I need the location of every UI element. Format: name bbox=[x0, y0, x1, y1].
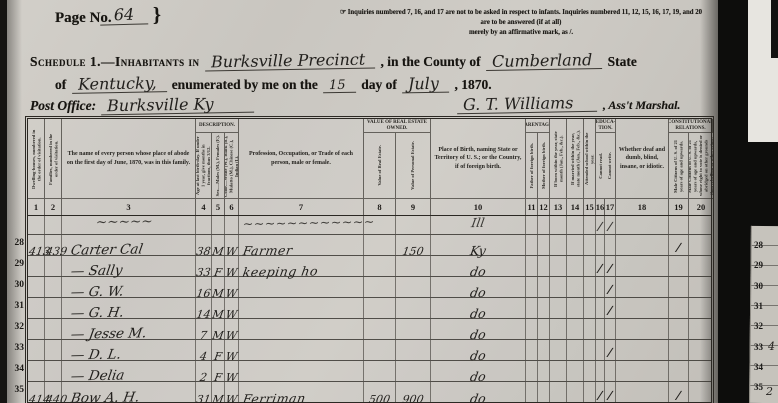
cell-t20 bbox=[689, 256, 713, 276]
cell-personal bbox=[396, 216, 431, 234]
cell-t11 bbox=[526, 382, 538, 403]
month-handwritten: July bbox=[402, 76, 449, 94]
year-suffix: , 1870. bbox=[454, 77, 491, 92]
cell-color: W bbox=[225, 277, 239, 297]
cell-name: — G. H. bbox=[62, 298, 196, 318]
cell-real bbox=[364, 216, 396, 234]
cell-t16 bbox=[596, 361, 605, 381]
dayof-label: day of bbox=[361, 77, 397, 92]
cell-t12 bbox=[538, 298, 550, 318]
cell-real bbox=[364, 277, 396, 297]
table-row: — G. W.16MWdo/ bbox=[28, 277, 711, 298]
handwritten-occupation: ~~~~~~~~~~~~ bbox=[242, 214, 376, 231]
col-number-11: 11 bbox=[526, 199, 538, 215]
cell-t19: / bbox=[669, 382, 689, 403]
cell-real bbox=[364, 298, 396, 318]
cell-t14 bbox=[567, 216, 584, 234]
cell-t19 bbox=[669, 361, 689, 381]
adjacent-line-number: 31 bbox=[754, 301, 774, 311]
cell-t20 bbox=[689, 277, 713, 297]
cell-t12 bbox=[538, 235, 550, 255]
instructions-line1: ☞ Inquiries numbered 7, 16, and 17 are n… bbox=[335, 8, 707, 28]
cell-color bbox=[225, 216, 239, 234]
cell-family bbox=[45, 216, 62, 234]
col-header-age: Age at last birth-day. If under 1 year, … bbox=[196, 133, 212, 199]
cell-occupation bbox=[239, 277, 364, 297]
cell-occupation bbox=[239, 340, 364, 360]
cell-sex: M bbox=[212, 319, 225, 339]
cell-birthplace: do bbox=[431, 382, 526, 403]
col-number-8: 8 bbox=[364, 199, 396, 215]
page-no-handwritten: 64 bbox=[100, 4, 149, 25]
cell-age bbox=[196, 216, 212, 234]
col-header-birthplace: Place of Birth, naming State or Territor… bbox=[431, 119, 526, 199]
post-office-handwritten: Burksville Ky bbox=[101, 96, 254, 116]
cell-t14 bbox=[567, 277, 584, 297]
cell-personal bbox=[396, 256, 431, 276]
cell-sex: M bbox=[212, 382, 225, 403]
section-parentage: Parentage. bbox=[526, 119, 550, 133]
cell-occupation bbox=[239, 298, 364, 318]
cell-color: W bbox=[225, 256, 239, 276]
cell-t15 bbox=[584, 277, 596, 297]
cell-family: 439 bbox=[45, 235, 62, 255]
col-number-17: 17 bbox=[605, 199, 616, 215]
handwritten-name: ~~~~~ bbox=[95, 214, 154, 231]
col-number-18: 18 bbox=[616, 199, 669, 215]
cell-occupation: keeping ho bbox=[239, 256, 364, 276]
cell-t13 bbox=[550, 382, 567, 403]
adjacent-line-number: 28 bbox=[754, 240, 774, 250]
col-header-father-foreign: Father of foreign birth. bbox=[526, 133, 538, 199]
cell-t11 bbox=[526, 298, 538, 318]
col-header-real-estate: Value of Real Estate. bbox=[364, 133, 396, 199]
col-number-19: 19 bbox=[669, 199, 689, 215]
cell-t20 bbox=[689, 361, 713, 381]
cell-t14 bbox=[567, 382, 584, 403]
adjacent-line-number: 29 bbox=[754, 260, 774, 270]
cell-t13 bbox=[550, 216, 567, 234]
cell-t16 bbox=[596, 319, 605, 339]
cell-real bbox=[364, 256, 396, 276]
cell-t11 bbox=[526, 235, 538, 255]
cell-dwelling bbox=[28, 298, 45, 318]
cell-name: — D. L. bbox=[62, 340, 196, 360]
cell-occupation: Ferriman bbox=[239, 382, 364, 403]
cell-sex: M bbox=[212, 277, 225, 297]
table-row: — Jesse M.7MWdo bbox=[28, 319, 711, 340]
cell-dwelling: 414 bbox=[28, 382, 45, 403]
cell-t17: / bbox=[605, 382, 616, 403]
col-number-12: 12 bbox=[538, 199, 550, 215]
cell-t18 bbox=[616, 319, 669, 339]
day-handwritten: 15 bbox=[323, 79, 356, 94]
adjacent-line-number: 30 bbox=[754, 281, 774, 291]
handwritten-color: W bbox=[224, 393, 239, 403]
col-number-20: 20 bbox=[689, 199, 713, 215]
cell-family: 440 bbox=[45, 382, 62, 403]
cell-sex: F bbox=[212, 361, 225, 381]
cell-t18 bbox=[616, 361, 669, 381]
cell-name: — Sally bbox=[62, 256, 196, 276]
scan-artifact-dark bbox=[771, 0, 778, 58]
col-header-name: The name of every person whose place of … bbox=[62, 119, 196, 199]
cell-dwelling bbox=[28, 340, 45, 360]
table-row: — G. H.14MWdo/ bbox=[28, 298, 711, 319]
cell-t19 bbox=[669, 277, 689, 297]
cell-age: 33 bbox=[196, 256, 212, 276]
handwritten-occupation: Ferriman bbox=[242, 390, 307, 403]
adjacent-page-edge bbox=[749, 226, 778, 403]
cell-real: 500 bbox=[364, 382, 396, 403]
affirmative-mark: / bbox=[604, 220, 616, 233]
cell-t17: / bbox=[605, 277, 616, 297]
cell-birthplace: Ill bbox=[431, 216, 526, 234]
cell-color: W bbox=[225, 319, 239, 339]
cell-t12 bbox=[538, 216, 550, 234]
cell-t15 bbox=[584, 319, 596, 339]
handwritten-birthplace: do bbox=[430, 390, 527, 403]
table-row: — D. L.4FWdo/ bbox=[28, 340, 711, 361]
table-row: ~~~~~~~~~~~~~~~~~Ill// bbox=[28, 216, 711, 235]
cell-personal bbox=[396, 361, 431, 381]
col-header-mother-foreign: Mother of foreign birth. bbox=[538, 133, 550, 199]
col-header-dwelling: Dwelling-houses, numbered in the order o… bbox=[28, 119, 45, 199]
cell-name: — Jesse M. bbox=[62, 319, 196, 339]
cell-t15 bbox=[584, 235, 596, 255]
handwritten-sex: M bbox=[211, 393, 225, 403]
cell-t11 bbox=[526, 277, 538, 297]
cell-real bbox=[364, 235, 396, 255]
cell-birthplace: do bbox=[431, 298, 526, 318]
line-number: 30 bbox=[7, 280, 24, 290]
cell-color: W bbox=[225, 382, 239, 403]
affirmative-mark: / bbox=[604, 262, 616, 275]
cell-birthplace: do bbox=[431, 340, 526, 360]
col-number-2: 2 bbox=[45, 199, 62, 215]
cell-t19: / bbox=[669, 235, 689, 255]
handwritten-age: 31 bbox=[195, 393, 212, 403]
affirmative-mark: / bbox=[668, 389, 689, 402]
affirmative-mark: / bbox=[604, 304, 616, 317]
cell-t18 bbox=[616, 235, 669, 255]
cell-t19 bbox=[669, 216, 689, 234]
cell-t13 bbox=[550, 340, 567, 360]
col-number-13: 13 bbox=[550, 199, 567, 215]
col-header-family: Families, numbered in the order of visit… bbox=[45, 119, 62, 199]
cell-dwelling bbox=[28, 319, 45, 339]
cell-real bbox=[364, 361, 396, 381]
cell-age: 4 bbox=[196, 340, 212, 360]
cell-sex: M bbox=[212, 298, 225, 318]
cell-t14 bbox=[567, 340, 584, 360]
enumerated-label: enumerated by me on the bbox=[172, 77, 318, 92]
cell-t11 bbox=[526, 256, 538, 276]
cell-occupation bbox=[239, 319, 364, 339]
col-header-occupation: Profession, Occupation, or Trade of each… bbox=[239, 119, 364, 199]
cell-t17 bbox=[605, 319, 616, 339]
line-number: 29 bbox=[7, 259, 24, 269]
cell-birthplace: do bbox=[431, 277, 526, 297]
cell-t18 bbox=[616, 216, 669, 234]
affirmative-mark: / bbox=[604, 389, 616, 402]
cell-t17: / bbox=[605, 298, 616, 318]
cell-t18 bbox=[616, 340, 669, 360]
cell-t14 bbox=[567, 235, 584, 255]
cell-personal bbox=[396, 340, 431, 360]
schedule-line: Schedule 1.—Inhabitants in Burksville Pr… bbox=[30, 53, 637, 70]
cell-t18 bbox=[616, 277, 669, 297]
col-number-10: 10 bbox=[431, 199, 526, 215]
cell-t20 bbox=[689, 382, 713, 403]
col-number-6: 6 bbox=[225, 199, 239, 215]
cell-t20 bbox=[689, 235, 713, 255]
cell-t19 bbox=[669, 319, 689, 339]
cell-t13 bbox=[550, 256, 567, 276]
col-header-born-month: If born within the year, state month (Ja… bbox=[550, 119, 567, 199]
col-header-vote-denied: Male Citizens of U. S. of 21 years of ag… bbox=[689, 133, 713, 199]
cell-t12 bbox=[538, 382, 550, 403]
cell-t11 bbox=[526, 361, 538, 381]
col-number-4: 4 bbox=[196, 199, 212, 215]
cell-age: 2 bbox=[196, 361, 212, 381]
cell-family bbox=[45, 340, 62, 360]
cell-t20 bbox=[689, 298, 713, 318]
instructions-line2: merely by an affirmative mark, as /. bbox=[335, 28, 707, 38]
cell-t13 bbox=[550, 319, 567, 339]
cell-color: W bbox=[225, 340, 239, 360]
cell-age: 38 bbox=[196, 235, 212, 255]
col-header-school: Attended school within the year. bbox=[584, 119, 596, 199]
of-label: of bbox=[55, 77, 66, 92]
cell-dwelling bbox=[28, 361, 45, 381]
cell-t18 bbox=[616, 298, 669, 318]
adjacent-line-number: 34 bbox=[754, 362, 774, 372]
section-constitutional: Constitutional Relations. bbox=[669, 119, 713, 133]
marshal-title: , Ass't Marshal. bbox=[603, 98, 681, 112]
table-body: ~~~~~~~~~~~~~~~~~Ill//413439Carter Cal38… bbox=[28, 216, 711, 403]
cell-family bbox=[45, 256, 62, 276]
census-table: Dwelling-houses, numbered in the order o… bbox=[27, 118, 712, 403]
cell-t16 bbox=[596, 235, 605, 255]
cell-family bbox=[45, 277, 62, 297]
cell-t17: / bbox=[605, 256, 616, 276]
post-office-line: Post Office: Burksville Ky bbox=[30, 97, 256, 114]
table-header: Dwelling-houses, numbered in the order o… bbox=[28, 119, 711, 199]
cell-age: 16 bbox=[196, 277, 212, 297]
place-handwritten: Burksville Precinct bbox=[205, 52, 375, 72]
adjacent-line-number: 32 bbox=[754, 321, 774, 331]
col-number-1: 1 bbox=[28, 199, 45, 215]
cell-t13 bbox=[550, 235, 567, 255]
cell-t14 bbox=[567, 319, 584, 339]
col-header-cannot-write: Cannot write. bbox=[605, 133, 616, 199]
cell-t20 bbox=[689, 319, 713, 339]
col-header-color: Color.—White (W.), Black (B.), Mulatto (… bbox=[225, 133, 239, 199]
adjacent-handwritten-mark: 2 bbox=[766, 385, 773, 398]
post-office-label: Post Office: bbox=[30, 98, 96, 113]
cell-t11 bbox=[526, 340, 538, 360]
cell-dwelling bbox=[28, 277, 45, 297]
state-line: of Kentucky, enumerated by me on the 15 … bbox=[55, 76, 492, 93]
cell-color: W bbox=[225, 298, 239, 318]
cell-name: Bow A. H. bbox=[62, 382, 196, 403]
cell-personal bbox=[396, 319, 431, 339]
cell-age: 14 bbox=[196, 298, 212, 318]
cell-t15 bbox=[584, 361, 596, 381]
cell-t12 bbox=[538, 277, 550, 297]
cell-birthplace: do bbox=[431, 256, 526, 276]
table-row: 413439Carter Cal38MWFarmer150Ky/ bbox=[28, 235, 711, 256]
col-header-deaf-dumb: Whether deaf and dumb, blind, insane, or… bbox=[616, 119, 669, 199]
cell-t12 bbox=[538, 361, 550, 381]
line-number: 35 bbox=[7, 385, 24, 395]
cell-birthplace: do bbox=[431, 319, 526, 339]
col-header-married-month: If married within the year, state month … bbox=[567, 119, 584, 199]
cell-sex: F bbox=[212, 340, 225, 360]
cell-occupation: Farmer bbox=[239, 235, 364, 255]
cell-birthplace: do bbox=[431, 361, 526, 381]
cell-age: 31 bbox=[196, 382, 212, 403]
cell-dwelling bbox=[28, 256, 45, 276]
table-row: — Sally33FWkeeping hodo// bbox=[28, 256, 711, 277]
cell-name: Carter Cal bbox=[62, 235, 196, 255]
adjacent-handwritten-mark: 4 bbox=[768, 340, 775, 353]
cell-personal bbox=[396, 298, 431, 318]
cell-real bbox=[364, 319, 396, 339]
cell-color: W bbox=[225, 361, 239, 381]
line-number: 34 bbox=[7, 364, 24, 374]
cell-t13 bbox=[550, 361, 567, 381]
cell-t15 bbox=[584, 298, 596, 318]
state-suffix: State bbox=[608, 54, 637, 69]
header-instructions: ☞ Inquiries numbered 7, 16, and 17 are n… bbox=[335, 8, 707, 39]
cell-name: ~~~~~ bbox=[62, 216, 196, 234]
cell-personal bbox=[396, 277, 431, 297]
line-number: 32 bbox=[7, 322, 24, 332]
cell-dwelling bbox=[28, 216, 45, 234]
cell-family bbox=[45, 298, 62, 318]
cell-t19 bbox=[669, 256, 689, 276]
cell-name: — Delia bbox=[62, 361, 196, 381]
cell-t12 bbox=[538, 340, 550, 360]
col-number-5: 5 bbox=[212, 199, 225, 215]
brace-glyph: } bbox=[153, 4, 161, 27]
cell-t17 bbox=[605, 361, 616, 381]
cell-t18 bbox=[616, 382, 669, 403]
cell-t14 bbox=[567, 361, 584, 381]
cell-sex bbox=[212, 216, 225, 234]
cell-t12 bbox=[538, 319, 550, 339]
cell-t20 bbox=[689, 340, 713, 360]
affirmative-mark: / bbox=[604, 346, 616, 359]
cell-t19 bbox=[669, 298, 689, 318]
signature-line: G. T. Williams , Ass't Marshal. bbox=[455, 96, 680, 113]
section-education: Educa-tion. bbox=[596, 119, 616, 133]
cell-t11 bbox=[526, 319, 538, 339]
col-number-7: 7 bbox=[239, 199, 364, 215]
census-scan-page: Page No. 64 } ☞ Inquiries numbered 7, 16… bbox=[0, 0, 778, 403]
cell-t11 bbox=[526, 216, 538, 234]
col-number-3: 3 bbox=[62, 199, 196, 215]
state-handwritten: Kentucky, bbox=[71, 75, 166, 94]
cell-t17 bbox=[605, 235, 616, 255]
table-row: — Delia2FWdo bbox=[28, 361, 711, 382]
cell-family bbox=[45, 361, 62, 381]
col-header-sex: Sex.—Males (M.), Females (F.). bbox=[212, 133, 225, 199]
col-header-personal-estate: Value of Personal Estate. bbox=[396, 133, 431, 199]
marshal-signature: G. T. Williams bbox=[457, 95, 598, 114]
col-number-15: 15 bbox=[584, 199, 596, 215]
col-number-9: 9 bbox=[396, 199, 431, 215]
table-row: 414440Bow A. H.31MWFerriman500900do/// bbox=[28, 382, 711, 403]
section-description: Description. bbox=[196, 119, 239, 133]
cell-t15 bbox=[584, 340, 596, 360]
handwritten-name: Bow A. H. bbox=[70, 389, 141, 403]
affirmative-mark: / bbox=[604, 283, 616, 296]
cell-t14 bbox=[567, 256, 584, 276]
cell-sex: M bbox=[212, 235, 225, 255]
cell-t17: / bbox=[605, 340, 616, 360]
cell-t19 bbox=[669, 340, 689, 360]
cell-occupation: ~~~~~~~~~~~~ bbox=[239, 216, 364, 234]
cell-age: 7 bbox=[196, 319, 212, 339]
section-real-estate: Value of Real Estate owned. bbox=[364, 119, 431, 133]
handwritten-birthplace: Ill bbox=[430, 214, 527, 231]
cell-dwelling: 413 bbox=[28, 235, 45, 255]
cell-sex: F bbox=[212, 256, 225, 276]
cell-personal: 900 bbox=[396, 382, 431, 403]
cell-color: W bbox=[225, 235, 239, 255]
cell-personal: 150 bbox=[396, 235, 431, 255]
affirmative-mark: / bbox=[668, 241, 689, 254]
cell-t18 bbox=[616, 256, 669, 276]
col-number-16: 16 bbox=[596, 199, 605, 215]
cell-real bbox=[364, 340, 396, 360]
scan-edge-left bbox=[0, 0, 7, 403]
schedule-label: Schedule 1.—Inhabitants in bbox=[30, 54, 200, 69]
col-header-cannot-read: Cannot read. bbox=[596, 133, 605, 199]
cell-t13 bbox=[550, 277, 567, 297]
cell-t13 bbox=[550, 298, 567, 318]
cell-name: — G. W. bbox=[62, 277, 196, 297]
cell-t20 bbox=[689, 216, 713, 234]
cell-t12 bbox=[538, 256, 550, 276]
cell-family bbox=[45, 319, 62, 339]
cell-t17: / bbox=[605, 216, 616, 234]
col-header-male-citizen: Male Citizens of U. S. of 21 years of ag… bbox=[669, 133, 689, 199]
handwritten-real: 500 bbox=[363, 393, 396, 403]
line-number: 33 bbox=[7, 343, 24, 353]
handwritten-personal: 900 bbox=[395, 393, 431, 403]
county-handwritten: Cumberland bbox=[486, 52, 603, 71]
line-number: 31 bbox=[7, 301, 24, 311]
col-number-14: 14 bbox=[567, 199, 584, 215]
cell-birthplace: Ky bbox=[431, 235, 526, 255]
line-number: 28 bbox=[7, 238, 24, 248]
cell-t14 bbox=[567, 298, 584, 318]
county-label: , in the County of bbox=[380, 54, 480, 69]
cell-occupation bbox=[239, 361, 364, 381]
